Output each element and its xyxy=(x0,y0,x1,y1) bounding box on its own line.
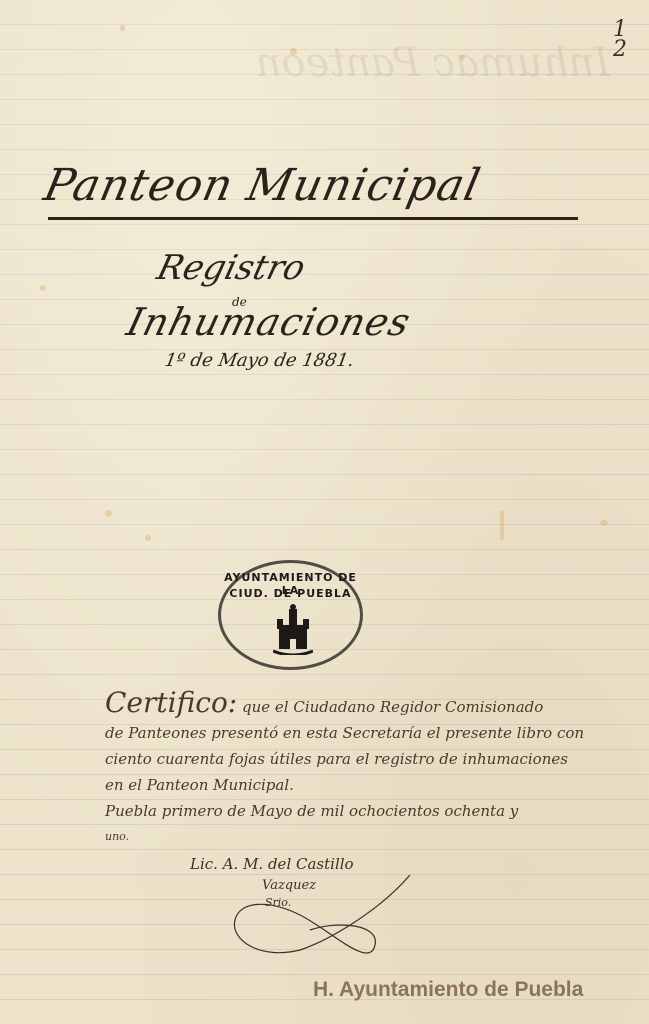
certificate-line: Certifico: que el Ciudadano Regidor Comi… xyxy=(105,690,635,720)
certificate-line: en el Panteon Municipal. xyxy=(105,772,635,798)
folio-number-bottom: 2 xyxy=(613,40,627,60)
stain xyxy=(105,510,112,517)
municipal-seal-stamp: AYUNTAMIENTO DE LA CIUD. DE PUEBLA xyxy=(218,560,363,670)
title-underline xyxy=(48,217,578,220)
scanned-page: Inhumac Panteon 1 2 Panteon Municipal Re… xyxy=(0,0,649,1024)
certificate-text: Certifico: que el Ciudadano Regidor Comi… xyxy=(105,690,635,850)
stain xyxy=(40,285,46,291)
subtitle-inhumaciones: Inhumaciones xyxy=(123,300,416,344)
stain xyxy=(500,510,504,540)
stain xyxy=(600,520,608,526)
stain xyxy=(145,535,151,541)
subtitle-registro: Registro xyxy=(153,248,309,288)
folio-number: 1 2 xyxy=(613,20,627,60)
seal-mid-text: CIUD. DE PUEBLA xyxy=(221,587,360,600)
certificate-line: de Panteones presentó en esta Secretaría… xyxy=(105,720,635,746)
castle-emblem-icon xyxy=(273,603,313,655)
certificate-line: ciento cuarenta fojas útiles para el reg… xyxy=(105,746,635,772)
signature-flourish-icon xyxy=(220,860,420,970)
certificate-line: Puebla primero de Mayo de mil ochociento… xyxy=(105,798,635,824)
document-date: 1º de Mayo de 1881. xyxy=(163,350,356,371)
ink-bleed-through: Inhumac Panteon xyxy=(230,40,610,100)
certificate-lead: Certifico: xyxy=(105,686,237,719)
stain xyxy=(120,25,125,31)
certificate-line: uno. xyxy=(105,824,635,850)
document-title: Panteon Municipal xyxy=(40,160,611,211)
watermark-text: H. Ayuntamiento de Puebla xyxy=(313,978,583,1002)
